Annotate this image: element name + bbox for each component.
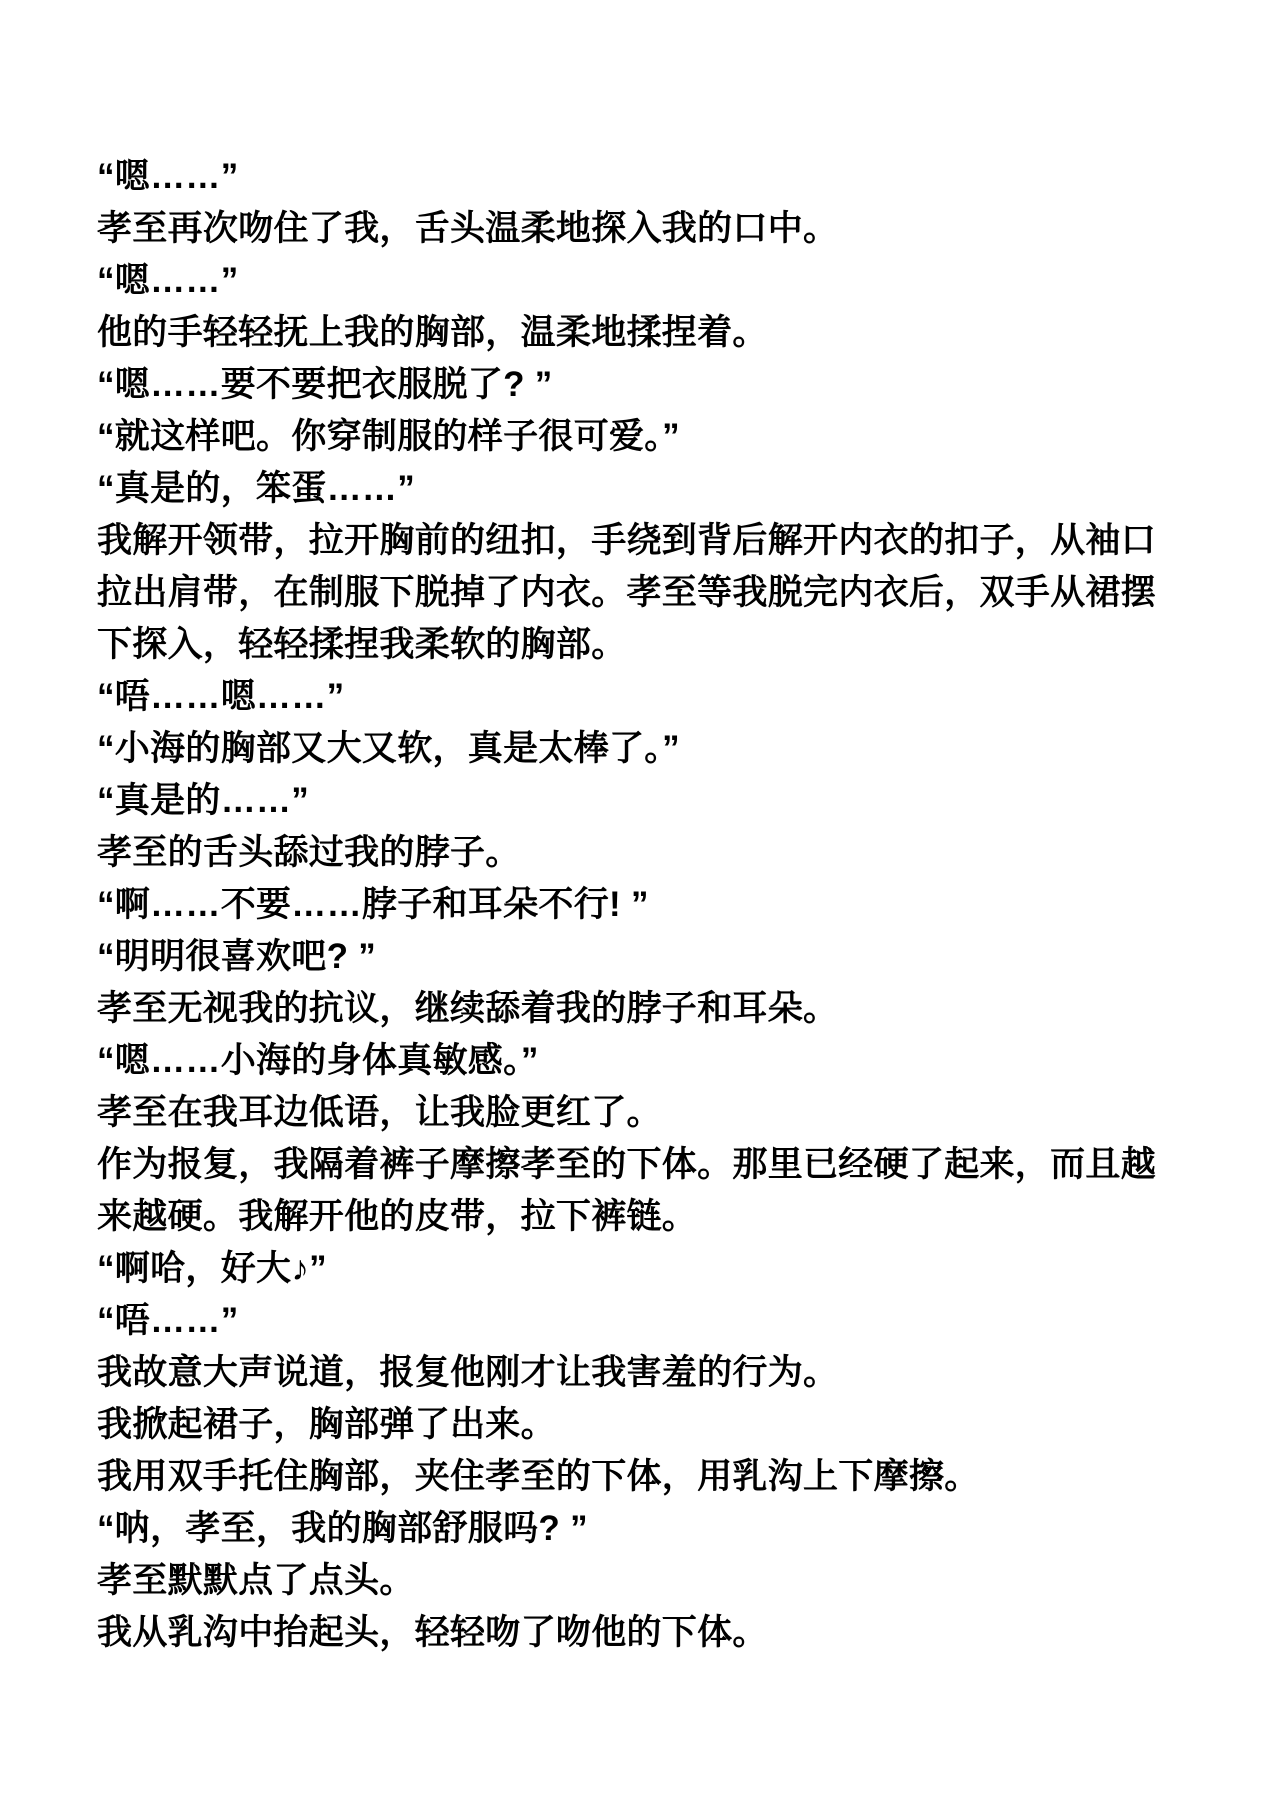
text-line: “啊……不要……脖子和耳朵不行! ”: [97, 879, 1192, 931]
text-line: 我用双手托住胸部，夹住孝至的下体，用乳沟上下摩擦。: [97, 1451, 1192, 1503]
text-line: 孝至默默点了点头。: [97, 1555, 1192, 1607]
text-line: “真是的……”: [97, 775, 1192, 827]
text-line: “嗯……小海的身体真敏感。”: [97, 1035, 1192, 1087]
text-line: “唔……嗯……”: [97, 671, 1192, 723]
text-line: 来越硬。我解开他的皮带，拉下裤链。: [97, 1191, 1192, 1243]
text-line: 孝至在我耳边低语，让我脸更红了。: [97, 1087, 1192, 1139]
text-line: 作为报复，我隔着裤子摩擦孝至的下体。那里已经硬了起来，而且越: [97, 1139, 1192, 1191]
text-line: 下探入，轻轻揉捏我柔软的胸部。: [97, 619, 1192, 671]
text-line: “真是的，笨蛋……”: [97, 463, 1192, 515]
novel-page: “嗯……”孝至再次吻住了我，舌头温柔地探入我的口中。“嗯……”他的手轻轻抚上我的…: [0, 0, 1280, 1810]
text-line: 拉出肩带，在制服下脱掉了内衣。孝至等我脱完内衣后，双手从裙摆: [97, 567, 1192, 619]
text-line: 孝至无视我的抗议，继续舔着我的脖子和耳朵。: [97, 983, 1192, 1035]
text-line: 我从乳沟中抬起头，轻轻吻了吻他的下体。: [97, 1607, 1192, 1659]
text-line: 孝至的舌头舔过我的脖子。: [97, 827, 1192, 879]
text-line: “啊哈，好大♪”: [97, 1243, 1192, 1295]
text-line: 我故意大声说道，报复他刚才让我害羞的行为。: [97, 1347, 1192, 1399]
text-line: “就这样吧。你穿制服的样子很可爱。”: [97, 411, 1192, 463]
text-line: “明明很喜欢吧? ”: [97, 931, 1192, 983]
text-line: “嗯……”: [97, 255, 1192, 307]
novel-text-block: “嗯……”孝至再次吻住了我，舌头温柔地探入我的口中。“嗯……”他的手轻轻抚上我的…: [97, 151, 1192, 1659]
text-line: 我掀起裙子，胸部弹了出来。: [97, 1399, 1192, 1451]
text-line: 我解开领带，拉开胸前的纽扣，手绕到背后解开内衣的扣子，从袖口: [97, 515, 1192, 567]
text-line: “唔……”: [97, 1295, 1192, 1347]
text-line: 他的手轻轻抚上我的胸部，温柔地揉捏着。: [97, 307, 1192, 359]
text-line: “嗯……”: [97, 151, 1192, 203]
text-line: 孝至再次吻住了我，舌头温柔地探入我的口中。: [97, 203, 1192, 255]
text-line: “呐，孝至，我的胸部舒服吗? ”: [97, 1503, 1192, 1555]
text-line: “小海的胸部又大又软，真是太棒了。”: [97, 723, 1192, 775]
text-line: “嗯……要不要把衣服脱了? ”: [97, 359, 1192, 411]
